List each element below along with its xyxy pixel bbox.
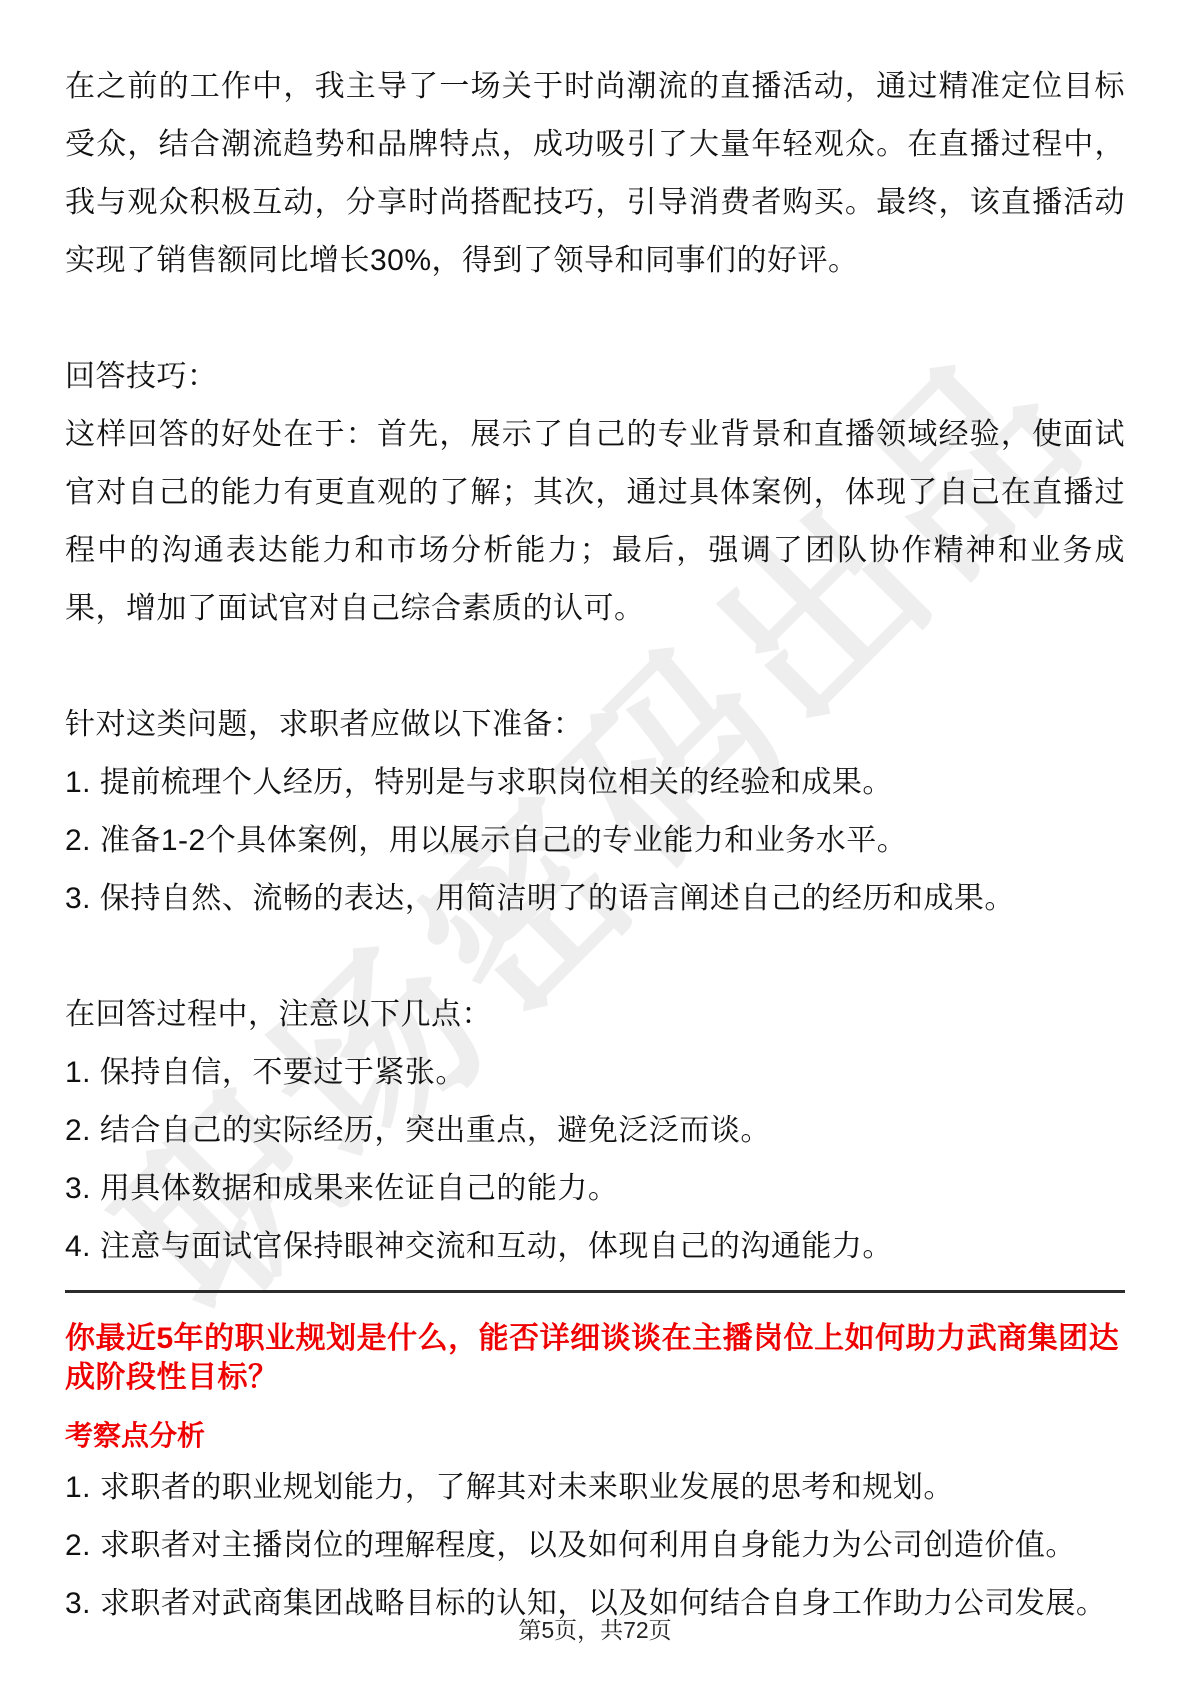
prep-list: 1. 提前梳理个人经历，特别是与求职岗位相关的经验和成果。 2. 准备1-2个具… (65, 754, 1125, 928)
page-number-footer: 第5页，共72页 (0, 1612, 1190, 1645)
answer-points-heading: 在回答过程中，注意以下几点： (65, 986, 1125, 1044)
list-item: 1. 提前梳理个人经历，特别是与求职岗位相关的经验和成果。 (65, 754, 1125, 812)
list-item: 2. 准备1-2个具体案例，用以展示自己的专业能力和业务水平。 (65, 812, 1125, 870)
list-item: 4. 注意与面试官保持眼神交流和互动，体现自己的沟通能力。 (65, 1218, 1125, 1276)
list-item: 3. 用具体数据和成果来佐证自己的能力。 (65, 1160, 1125, 1218)
list-item: 1. 保持自信，不要过于紧张。 (65, 1044, 1125, 1102)
list-item: 2. 求职者对主播岗位的理解程度，以及如何利用自身能力为公司创造价值。 (65, 1517, 1125, 1575)
prep-heading: 针对这类问题，求职者应做以下准备： (65, 696, 1125, 754)
experience-paragraph: 在之前的工作中，我主导了一场关于时尚潮流的直播活动，通过精准定位目标受众，结合潮… (65, 58, 1125, 290)
next-question-heading: 你最近5年的职业规划是什么，能否详细谈谈在主播岗位上如何助力武商集团达成阶段性目… (65, 1319, 1125, 1397)
list-item: 2. 结合自己的实际经历，突出重点，避免泛泛而谈。 (65, 1102, 1125, 1160)
section-divider (65, 1290, 1125, 1293)
analysis-list: 1. 求职者的职业规划能力，了解其对未来职业发展的思考和规划。 2. 求职者对主… (65, 1459, 1125, 1633)
answer-points-list: 1. 保持自信，不要过于紧张。 2. 结合自己的实际经历，突出重点，避免泛泛而谈… (65, 1044, 1125, 1276)
tips-paragraph: 这样回答的好处在于：首先，展示了自己的专业背景和直播领域经验，使面试官对自己的能… (65, 406, 1125, 638)
document-page: 在之前的工作中，我主导了一场关于时尚潮流的直播活动，通过精准定位目标受众，结合潮… (0, 0, 1190, 1633)
tips-heading: 回答技巧： (65, 348, 1125, 406)
list-item: 3. 保持自然、流畅的表达，用简洁明了的语言阐述自己的经历和成果。 (65, 870, 1125, 928)
list-item: 1. 求职者的职业规划能力，了解其对未来职业发展的思考和规划。 (65, 1459, 1125, 1517)
analysis-heading: 考察点分析 (65, 1416, 1125, 1456)
